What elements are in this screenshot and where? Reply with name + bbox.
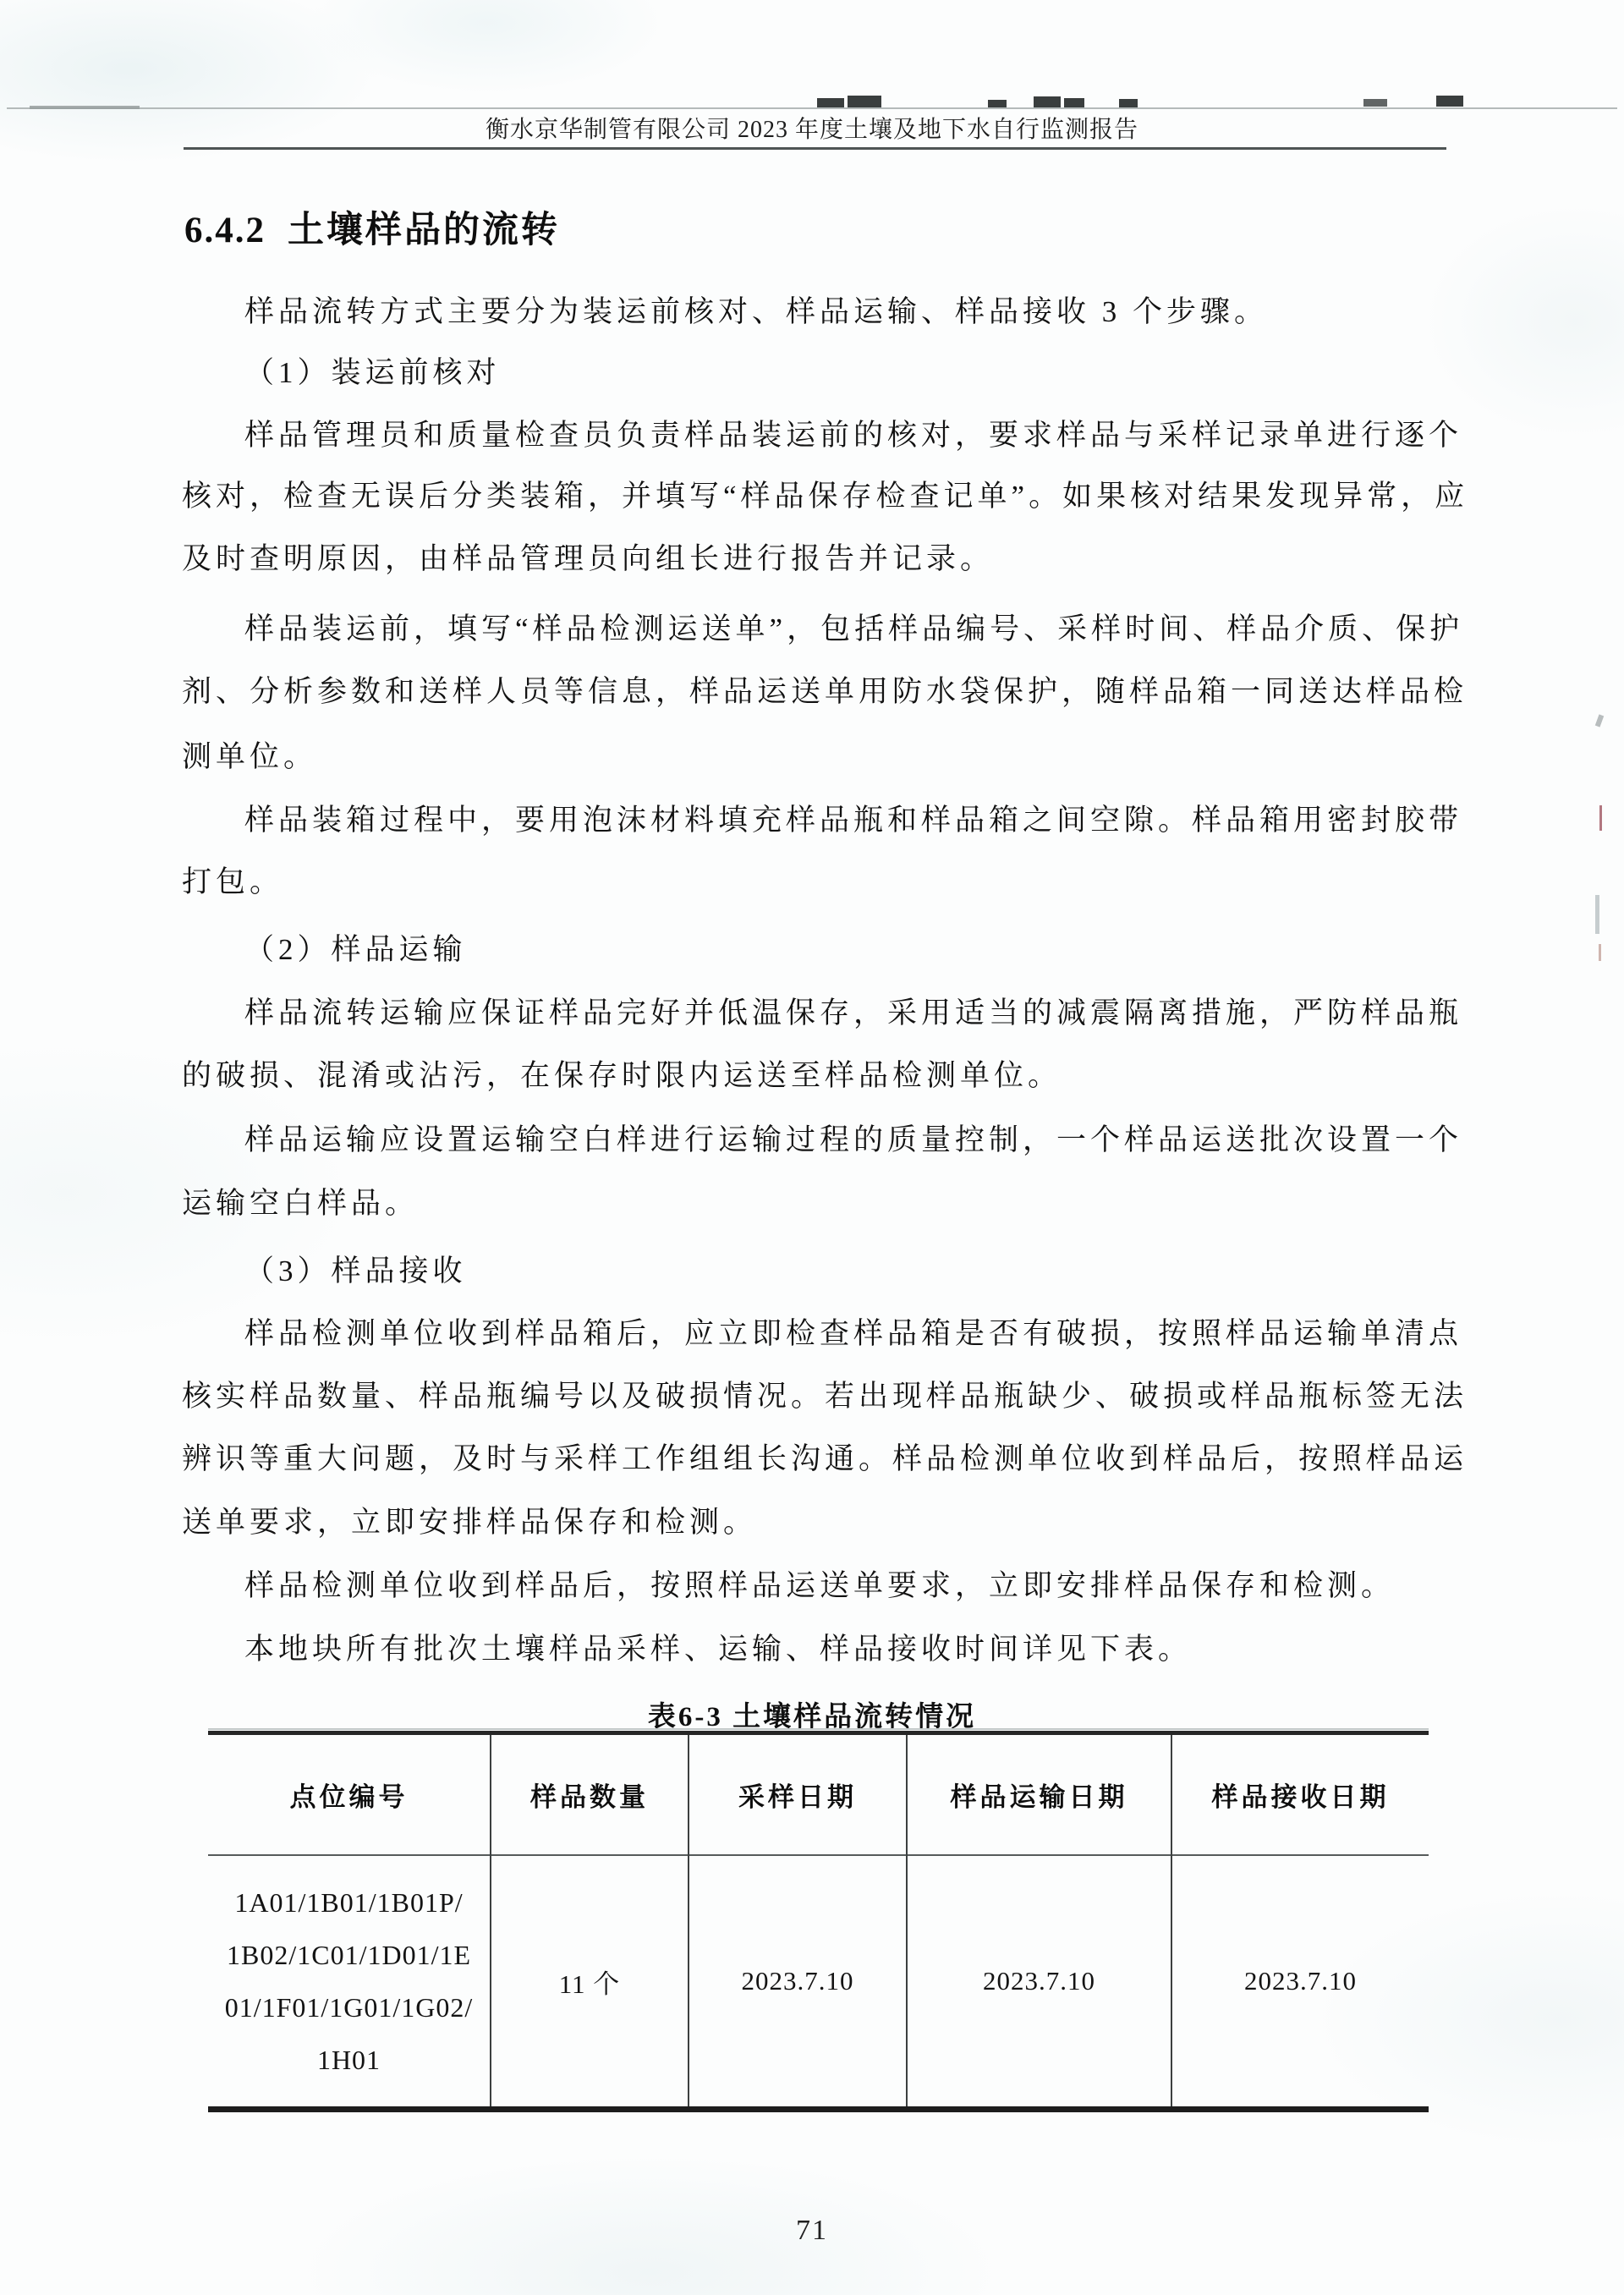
body-line-15: 运输空白样品。 <box>182 1186 1451 1225</box>
scan-artifact <box>1599 944 1601 961</box>
section-number: 6.4.2 <box>184 211 266 250</box>
column-header-sampling-date: 采样日期 <box>689 1735 906 1854</box>
cell-transport-date: 2023.7.10 <box>908 1856 1171 2106</box>
column-header-sample-count: 样品数量 <box>491 1735 688 1854</box>
body-line-6: 样品装运前，填写“样品检测运送单”，包括样品编号、采样时间、样品介质、保护 <box>182 612 1451 651</box>
body-line-1: 样品流转方式主要分为装运前核对、样品运输、样品接收 3 个步骤。 <box>182 294 1451 333</box>
body-line-8: 测单位。 <box>182 739 1451 778</box>
scan-smudge <box>1119 99 1138 107</box>
column-header-transport-date: 样品运输日期 <box>908 1735 1171 1854</box>
header-underline <box>184 147 1446 150</box>
body-line-7: 剂、分析参数和送样人员等信息，样品运送单用防水袋保护，随样品箱一同送达样品检 <box>182 674 1451 713</box>
body-line-12: 样品流转运输应保证样品完好并低温保存，采用适当的减震隔离措施，严防样品瓶 <box>182 996 1451 1035</box>
point-id-line: 01/1F01/1G01/1G02/ <box>225 1981 474 2034</box>
page-number: 71 <box>0 2215 1624 2247</box>
body-line-10: 打包。 <box>182 865 1451 903</box>
scan-smudge <box>988 100 1007 107</box>
body-line-19: 辨识等重大问题，及时与采样工作组组长沟通。样品检测单位收到样品后，按照样品运 <box>182 1441 1451 1480</box>
point-id-line: 1A01/1B01/1B01P/ <box>234 1876 463 1929</box>
body-line-3: 样品管理员和质量检查员负责样品装运前的核对，要求样品与采样记录单进行逐个 <box>182 418 1451 457</box>
body-line-5: 及时查明原因，由样品管理员向组长进行报告并记录。 <box>182 541 1451 580</box>
section-title: 土壤样品的流转 <box>288 211 560 250</box>
cell-receive-date: 2023.7.10 <box>1172 1856 1429 2106</box>
body-line-17: 样品检测单位收到样品箱后，应立即检查样品箱是否有破损，按照样品运输单清点 <box>182 1316 1451 1355</box>
body-line-9: 样品装箱过程中，要用泡沫材料填充样品瓶和样品箱之间空隙。样品箱用密封胶带 <box>182 803 1451 842</box>
body-line-21: 样品检测单位收到样品后，按照样品运送单要求，立即安排样品保存和检测。 <box>182 1568 1451 1607</box>
running-header-title: 衡水京华制管有限公司 2023 年度土壤及地下水自行监测报告 <box>0 111 1624 145</box>
body-line-22: 本地块所有批次土壤样品采样、运输、样品接收时间详见下表。 <box>182 1632 1451 1671</box>
point-id-line: 1B02/1C01/1D01/1E <box>227 1929 471 1981</box>
scan-smudge <box>848 96 881 107</box>
scan-artifact <box>1599 805 1602 831</box>
body-line-13: 的破损、混淆或沾污，在保存时限内运送至样品检测单位。 <box>182 1058 1451 1097</box>
cell-sample-count: 11 个 <box>491 1856 688 2106</box>
body-line-4: 核对，检查无误后分类装箱，并填写“样品保存检查记单”。如果核对结果发现异常，应 <box>182 479 1451 518</box>
sample-transfer-table: 点位编号 样品数量 采样日期 样品运输日期 样品接收日期 1A01/1B01/1… <box>208 1728 1429 2114</box>
body-line-2: （1）装运前核对 <box>182 355 1451 394</box>
point-id-line: 1H01 <box>317 2034 381 2086</box>
header-top-rule <box>7 107 1617 109</box>
body-line-14: 样品运输应设置运输空白样进行运输过程的质量控制，一个样品运送批次设置一个 <box>182 1123 1451 1161</box>
scan-smudge <box>1064 98 1084 107</box>
body-line-16: （3）样品接收 <box>182 1254 1451 1293</box>
scan-smudge <box>1436 96 1463 107</box>
body-line-20: 送单要求，立即安排样品保存和检测。 <box>182 1505 1451 1544</box>
section-heading: 6.4.2土壤样品的流转 <box>184 201 560 253</box>
cell-point-ids: 1A01/1B01/1B01P/ 1B02/1C01/1D01/1E 01/1F… <box>208 1856 490 2106</box>
scan-artifact <box>1595 895 1599 934</box>
body-line-18: 核实样品数量、样品瓶编号以及破损情况。若出现样品瓶缺少、破损或样品瓶标签无法 <box>182 1379 1451 1418</box>
cell-sampling-date: 2023.7.10 <box>689 1856 906 2106</box>
table-border-top-shadow <box>208 1728 1429 1730</box>
report-page: 衡水京华制管有限公司 2023 年度土壤及地下水自行监测报告 6.4.2土壤样品… <box>0 0 1624 2295</box>
body-line-11: （2）样品运输 <box>182 932 1451 971</box>
header-top-rule-dark-segment <box>30 106 140 109</box>
scan-artifact <box>1595 714 1604 727</box>
column-header-point-id: 点位编号 <box>208 1735 490 1854</box>
scan-smudge <box>1034 96 1061 107</box>
scan-smudge <box>817 98 844 107</box>
scan-smudge <box>1363 99 1387 107</box>
table-border-bottom <box>208 2106 1429 2112</box>
column-header-receive-date: 样品接收日期 <box>1172 1735 1429 1854</box>
